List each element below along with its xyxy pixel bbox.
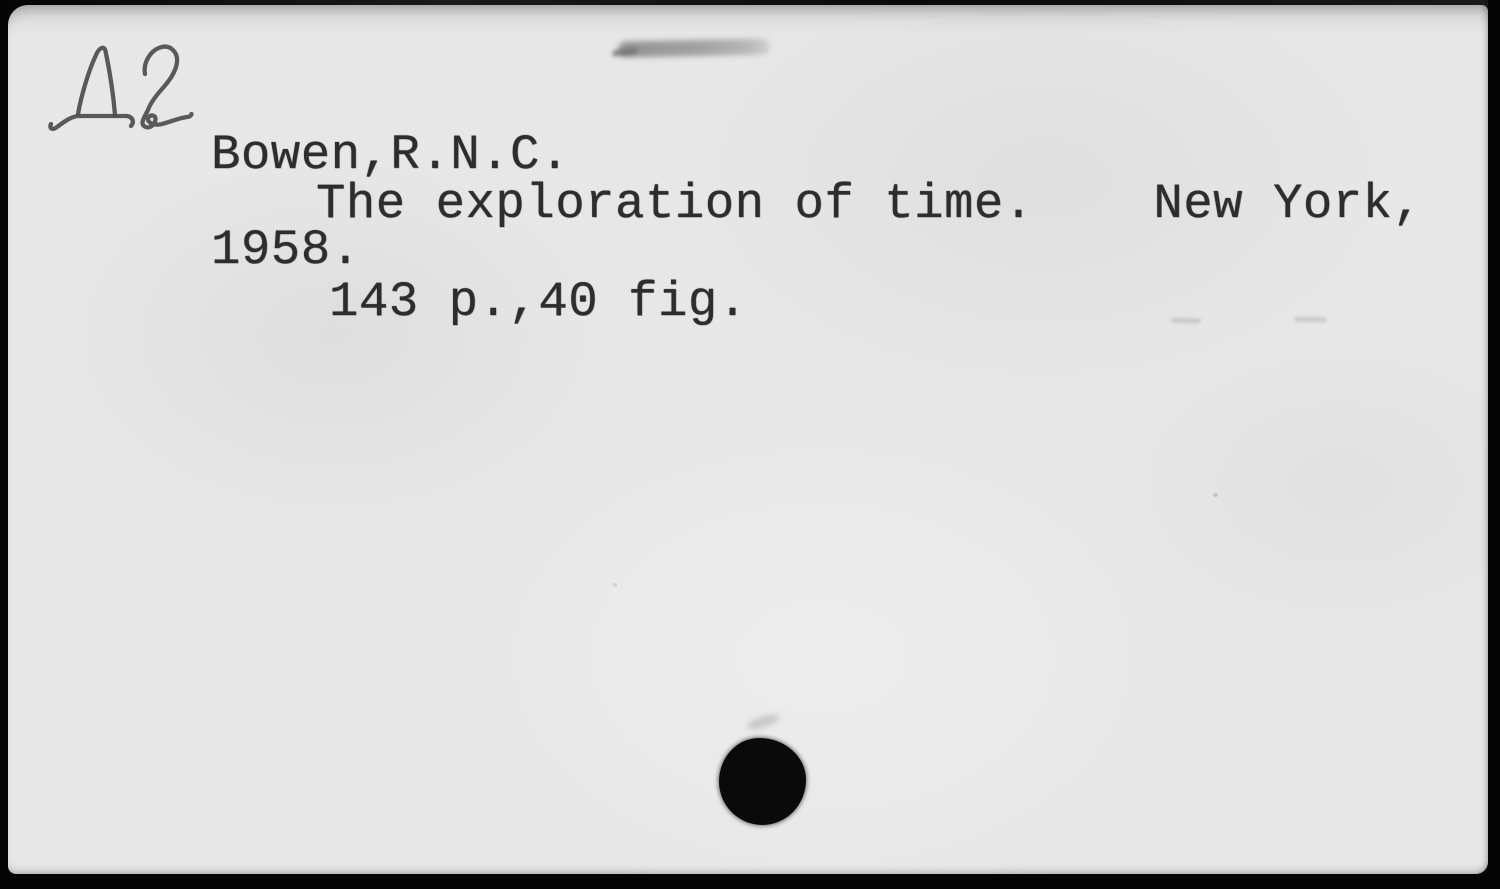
shelf-mark-handwriting [38, 30, 218, 145]
scan-edge-left [0, 0, 8, 889]
hole-punch-dot [719, 738, 806, 825]
punch-shadow-wisp [745, 712, 780, 732]
faint-pencil-trace-1 [1171, 317, 1201, 323]
handwritten-d-strokes [78, 48, 115, 115]
pencil-d2-icon [38, 30, 218, 145]
handwritten-2-stroke [143, 47, 192, 128]
handwritten-d-baseline [50, 116, 132, 129]
scan-edge-right [1488, 0, 1500, 889]
smudge-mark [618, 38, 770, 57]
year-line: 1958. [211, 226, 361, 275]
title-line: The exploration of time. New York, [316, 180, 1422, 229]
catalog-card: Bowen,R.N.C. The exploration of time. Ne… [8, 5, 1488, 874]
faint-pencil-trace-2 [1294, 317, 1327, 323]
scan-speck-2 [613, 583, 617, 587]
collation-line: 143 p.,40 fig. [329, 278, 748, 327]
scan-speck-1 [1213, 493, 1218, 497]
scan-edge-bottom [0, 874, 1500, 889]
author-line: Bowen,R.N.C. [211, 131, 570, 180]
